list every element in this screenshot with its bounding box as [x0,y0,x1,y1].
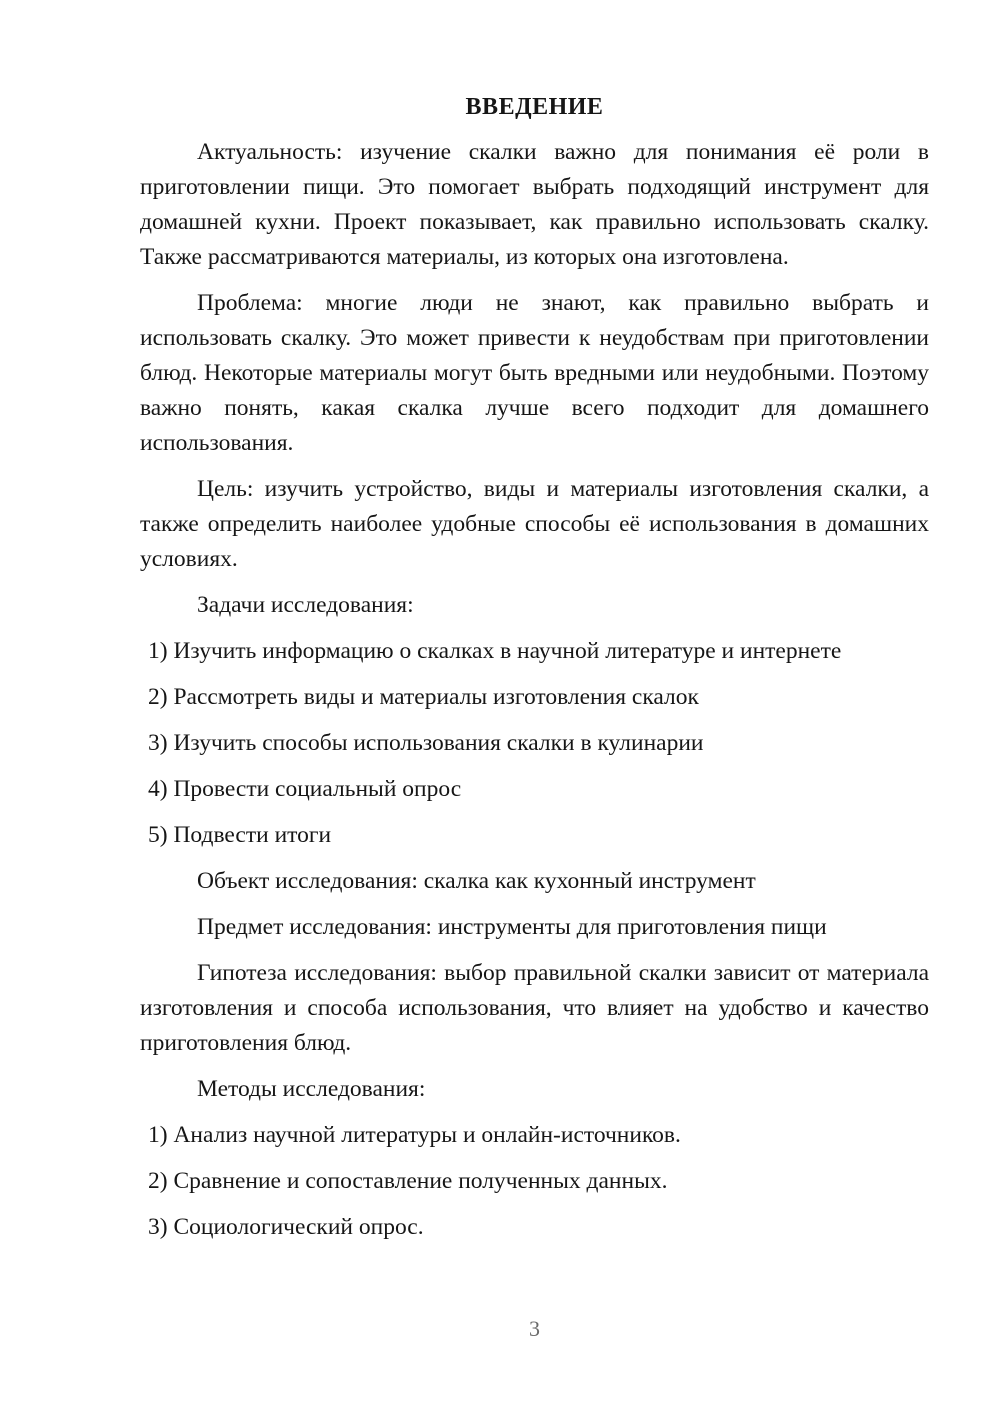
method-item-1: 1) Анализ научной литературы и онлайн-ис… [140,1118,929,1153]
method-item-2: 2) Сравнение и сопоставление полученных … [140,1164,929,1199]
page-number: 3 [140,1311,929,1346]
paragraph-relevance: Актуальность: изучение скалки важно для … [140,135,929,275]
paragraph-subject: Предмет исследования: инструменты для пр… [140,910,929,945]
paragraph-object: Объект исследования: скалка как кухонный… [140,864,929,899]
heading-methods: Методы исследования: [140,1072,929,1107]
task-item-3: 3) Изучить способы использования скалки … [140,726,929,761]
task-item-4: 4) Провести социальный опрос [140,772,929,807]
heading-tasks: Задачи исследования: [140,588,929,623]
text-block: ВВЕДЕНИЕ Актуальность: изучение скалки в… [140,90,929,1256]
paragraph-hypothesis: Гипотеза исследования: выбор правильной … [140,956,929,1061]
method-item-3: 3) Социологический опрос. [140,1210,929,1245]
document-page: ВВЕДЕНИЕ Актуальность: изучение скалки в… [0,0,1000,1414]
paragraph-problem: Проблема: многие люди не знают, как прав… [140,286,929,461]
task-item-2: 2) Рассмотреть виды и материалы изготовл… [140,680,929,715]
page-title: ВВЕДЕНИЕ [140,90,929,125]
paragraph-goal: Цель: изучить устройство, виды и материа… [140,472,929,577]
task-item-5: 5) Подвести итоги [140,818,929,853]
task-item-1: 1) Изучить информацию о скалках в научно… [140,634,929,669]
